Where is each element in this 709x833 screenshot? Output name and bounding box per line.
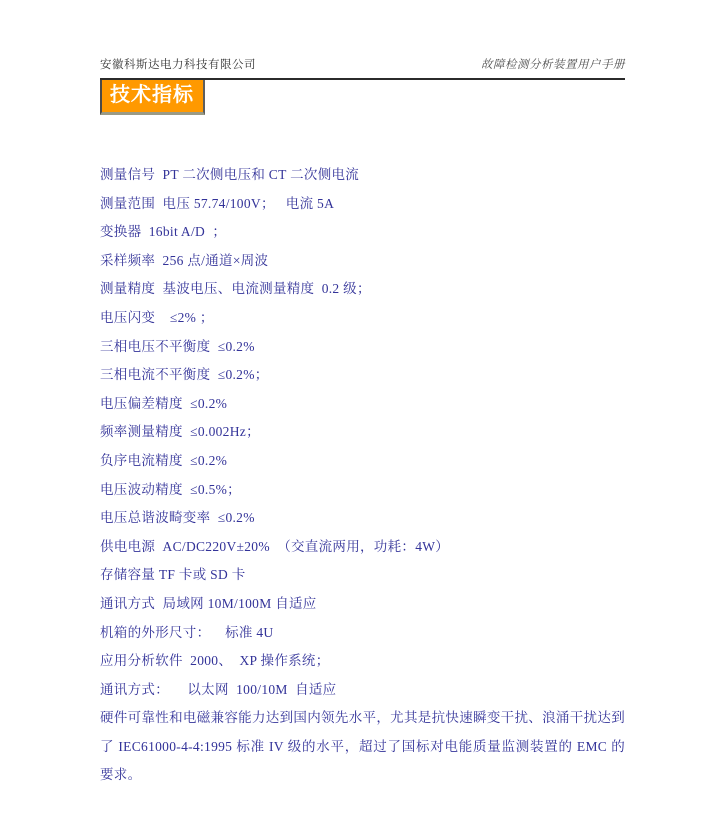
page-header: 安徽科斯达电力科技有限公司 故障检测分析装置用户手册 [100,56,625,80]
spec-line: 负序电流精度 ≤0.2% [100,447,625,476]
section-title: 技术指标 [100,80,205,115]
spec-line: 测量范围 电压 57.74/100V； 电流 5A [100,190,625,219]
spec-line: 通讯方式 局域网 10M/100M 自适应 [100,590,625,619]
spec-line: 测量精度 基波电压、电流测量精度 0.2 级； [100,275,625,304]
spec-line: 测量信号 PT 二次侧电压和 CT 二次侧电流 [100,161,625,190]
spec-line: 三相电流不平衡度 ≤0.2%； [100,361,625,390]
spec-line: 电压波动精度 ≤0.5%； [100,476,625,505]
spec-line: 采样频率 256 点/通道×周波 [100,247,625,276]
spec-line: 电压总谐波畸变率 ≤0.2% [100,504,625,533]
spec-line: 通讯方式： 以太网 100/10M 自适应 [100,676,625,705]
spec-line: 机箱的外形尺寸： 标准 4U [100,619,625,648]
spec-line: 存储容量 TF 卡或 SD 卡 [100,561,625,590]
spec-line: 变换器 16bit A/D ； [100,218,625,247]
manual-page: 安徽科斯达电力科技有限公司 故障检测分析装置用户手册 技术指标 测量信号 PT … [0,0,709,833]
spec-line: 三相电压不平衡度 ≤0.2% [100,333,625,362]
closing-paragraph: 硬件可靠性和电磁兼容能力达到国内领先水平，尤其是抗快速瞬变干扰、浪涌干扰达到了 … [100,704,625,790]
spec-line: 应用分析软件 2000、 XP 操作系统； [100,647,625,676]
manual-title: 故障检测分析装置用户手册 [481,56,625,72]
spec-line: 电压偏差精度 ≤0.2% [100,390,625,419]
spec-line: 频率测量精度 ≤0.002Hz； [100,418,625,447]
spec-list: 测量信号 PT 二次侧电压和 CT 二次侧电流 测量范围 电压 57.74/10… [100,161,625,704]
company-name: 安徽科斯达电力科技有限公司 [100,56,256,72]
spec-line: 电压闪变 ≤2% ； [100,304,625,333]
spec-line: 供电电源 AC/DC220V±20% （交直流两用，功耗：4W） [100,533,625,562]
